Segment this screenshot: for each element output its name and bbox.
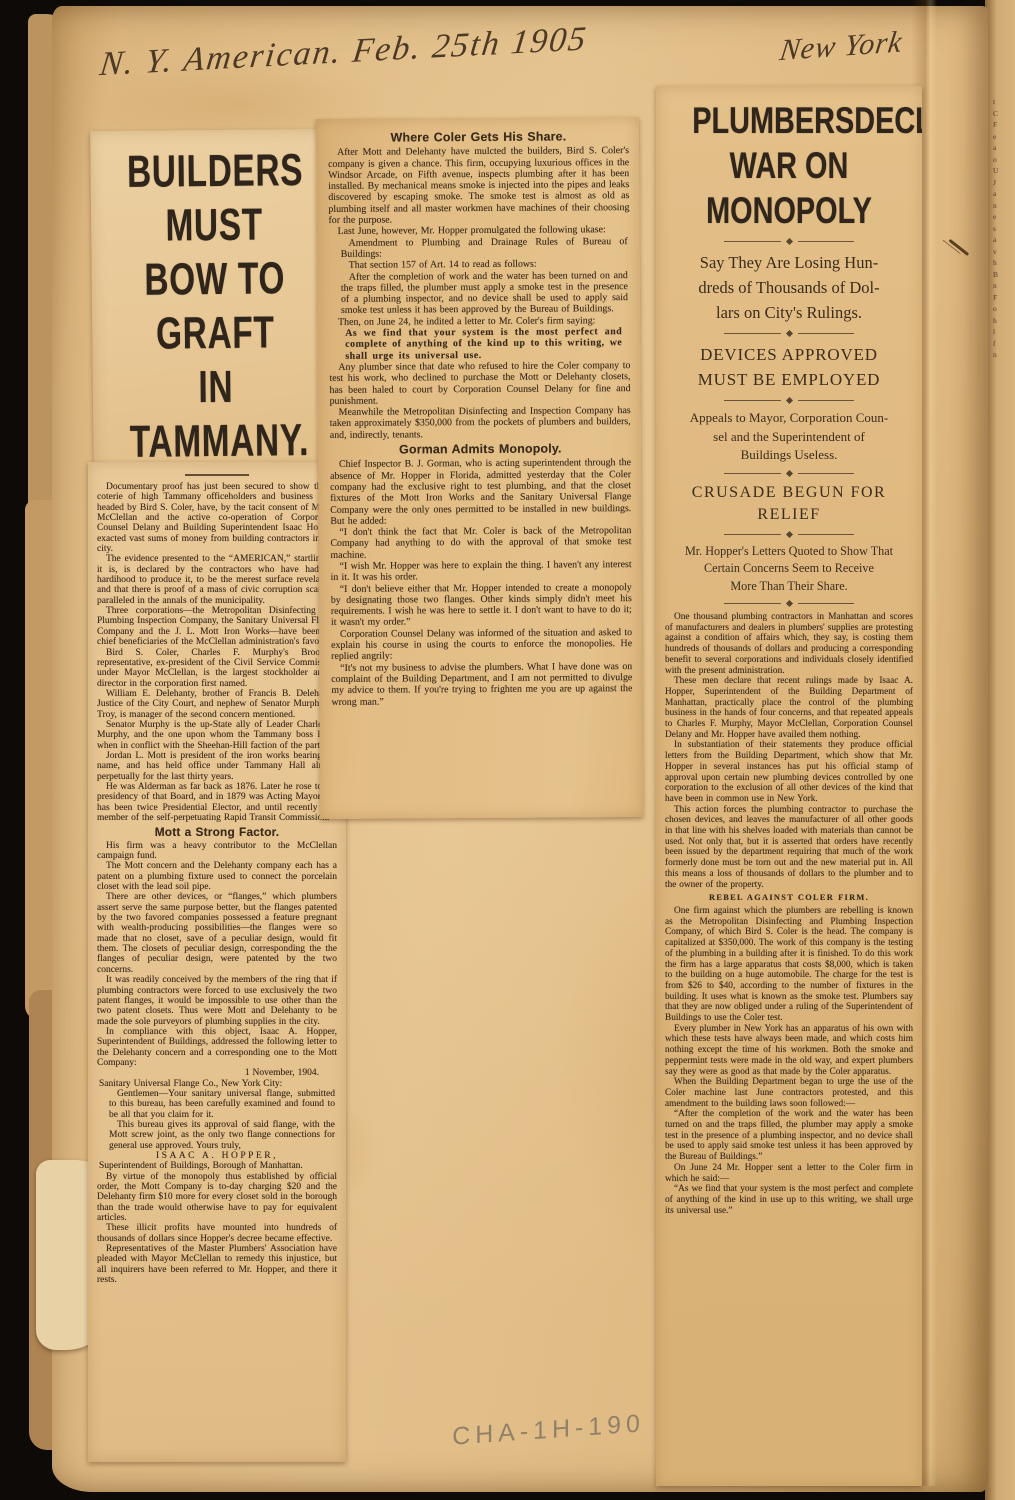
crosshead: Where Coler Gets His Share. bbox=[328, 131, 629, 144]
paragraph: When the Building Department began to ur… bbox=[665, 1077, 913, 1109]
paragraph: One firm against which the plumbers are … bbox=[665, 906, 913, 1024]
paragraph: 1 November, 1904. bbox=[97, 1068, 337, 1078]
ornament-divider bbox=[724, 601, 854, 606]
paragraph: Senator Murphy is the up-State ally of L… bbox=[97, 720, 337, 751]
paragraph: Amendment to Plumbing and Drainage Rules… bbox=[329, 236, 630, 260]
paragraph: These men declare that recent rulings ma… bbox=[665, 676, 913, 740]
paragraph: Meanwhile the Metropolitan Disinfecting … bbox=[330, 405, 631, 441]
paragraph: His firm was a heavy contributor to the … bbox=[97, 841, 337, 862]
paragraph: Gentlemen—Your sanitary universal flange… bbox=[97, 1089, 337, 1120]
ornament-divider bbox=[724, 331, 854, 336]
paragraph: After the completion of work and the wat… bbox=[329, 270, 630, 317]
middle-article-body: Where Coler Gets His Share.After Mott an… bbox=[328, 131, 633, 708]
paragraph: “I don't believe either that Mr. Hopper … bbox=[331, 582, 632, 629]
right-article-bank2: CRUSADE BEGUN FOR RELIEF bbox=[665, 482, 913, 526]
paragraph: In compliance with this object, Isaac A.… bbox=[97, 1027, 337, 1068]
paragraph: Jordan L. Mott is president of the iron … bbox=[97, 751, 337, 782]
paragraph: This bureau gives its approval of said f… bbox=[97, 1120, 337, 1151]
paragraph: Sanitary Universal Flange Co., New York … bbox=[97, 1079, 337, 1089]
edge-text-fragments: t C F e a o U J a n e s a v h B n F o h … bbox=[993, 96, 1013, 361]
diamond-ornament-icon bbox=[785, 530, 792, 537]
paragraph: One thousand plumbing contractors in Man… bbox=[665, 612, 913, 676]
paragraph: William E. Delehanty, brother of Francis… bbox=[97, 689, 337, 720]
left-article-headline: BUILDERS MUST BOW TO GRAFT IN TAMMANY. bbox=[127, 143, 304, 469]
diamond-ornament-icon bbox=[785, 330, 792, 337]
column-rule bbox=[185, 474, 249, 476]
paragraph: Every plumber in New York has an apparat… bbox=[665, 1024, 913, 1078]
paragraph: The evidence presented to the “AMERICAN,… bbox=[97, 554, 337, 606]
next-page-edge: t C F e a o U J a n e s a v h B n F o h … bbox=[985, 0, 1015, 1500]
ornament-divider bbox=[724, 239, 854, 244]
diamond-ornament-icon bbox=[785, 600, 792, 607]
paragraph: It was readily conceived by the members … bbox=[97, 975, 337, 1027]
paragraph: Corporation Counsel Delany was informed … bbox=[331, 627, 632, 663]
paragraph: Bird S. Coler, Charles F. Murphy's Brook… bbox=[97, 648, 337, 689]
clipping-left-headline: BUILDERS MUST BOW TO GRAFT IN TAMMANY. H… bbox=[90, 129, 340, 474]
clipping-right: PLUMBERSDECLARE WAR ON MONOPOLY Say They… bbox=[656, 86, 922, 1486]
crosshead: Mott a Strong Factor. bbox=[97, 827, 337, 837]
clipping-middle: Where Coler Gets His Share.After Mott an… bbox=[316, 117, 643, 819]
ornament-divider bbox=[724, 471, 854, 476]
paragraph: In substantiation of their statements th… bbox=[665, 740, 913, 804]
paragraph: By virtue of the monopoly thus establish… bbox=[97, 1172, 337, 1224]
paragraph: Chief Inspector B. J. Gorman, who is act… bbox=[330, 457, 631, 527]
crosshead: Gorman Admits Monopoly. bbox=[330, 443, 631, 456]
paragraph: There are other devices, or “flanges,” w… bbox=[97, 892, 337, 975]
ornament-divider bbox=[724, 398, 854, 403]
paragraph: “I don't think the fact that Mr. Coler i… bbox=[330, 525, 631, 561]
paragraph: “As we find that your system is the most… bbox=[665, 1184, 913, 1216]
paragraph: Three corporations—the Metropolitan Disi… bbox=[97, 606, 337, 647]
right-article-bank1: DEVICES APPROVED MUST BE EMPLOYED bbox=[665, 342, 913, 392]
paragraph: Any plumber since that date who refused … bbox=[329, 360, 630, 407]
right-article-headline: PLUMBERSDECLARE WAR ON MONOPOLY bbox=[692, 98, 885, 233]
diamond-ornament-icon bbox=[785, 238, 792, 245]
diamond-ornament-icon bbox=[785, 397, 792, 404]
clipping-left-body: Documentary proof has just been secured … bbox=[88, 462, 346, 1462]
paragraph: On June 24 Mr. Hopper sent a letter to t… bbox=[665, 1163, 913, 1184]
paragraph: He was Alderman as far back as 1876. Lat… bbox=[97, 782, 337, 823]
left-article-body: Documentary proof has just been secured … bbox=[97, 482, 337, 1285]
right-article-deck1: Say They Are Losing Hun- dreds of Thousa… bbox=[669, 250, 909, 325]
paragraph: After Mott and Delehanty have mulcted th… bbox=[328, 145, 629, 226]
paragraph: “It's not my business to advise the plum… bbox=[331, 661, 632, 708]
paragraph: Superintendent of Buildings, Borough of … bbox=[97, 1161, 337, 1171]
diamond-ornament-icon bbox=[785, 469, 792, 476]
paragraph: The Mott concern and the Delehanty compa… bbox=[97, 861, 337, 892]
ornament-divider bbox=[724, 532, 854, 537]
paragraph: These illicit profits have mounted into … bbox=[97, 1223, 337, 1244]
crosshead: REBEL AGAINST COLER FIRM. bbox=[665, 893, 913, 904]
paragraph: “I wish Mr. Hopper was here to explain t… bbox=[331, 559, 632, 583]
paragraph: ISAAC A. HOPPER, bbox=[97, 1151, 337, 1161]
paragraph: Representatives of the Master Plumbers' … bbox=[97, 1244, 337, 1285]
right-article-deck2: Appeals to Mayor, Corporation Coun- sel … bbox=[669, 409, 909, 465]
paragraph: This action forces the plumbing contract… bbox=[665, 805, 913, 891]
paragraph: As we find that your system is the most … bbox=[329, 326, 630, 362]
right-article-deck3: Mr. Hopper's Letters Quoted to Show That… bbox=[669, 543, 909, 596]
right-article-body: One thousand plumbing contractors in Man… bbox=[665, 612, 913, 1216]
paragraph: Documentary proof has just been secured … bbox=[97, 482, 337, 554]
paragraph: “After the completion of the work and th… bbox=[665, 1109, 913, 1163]
